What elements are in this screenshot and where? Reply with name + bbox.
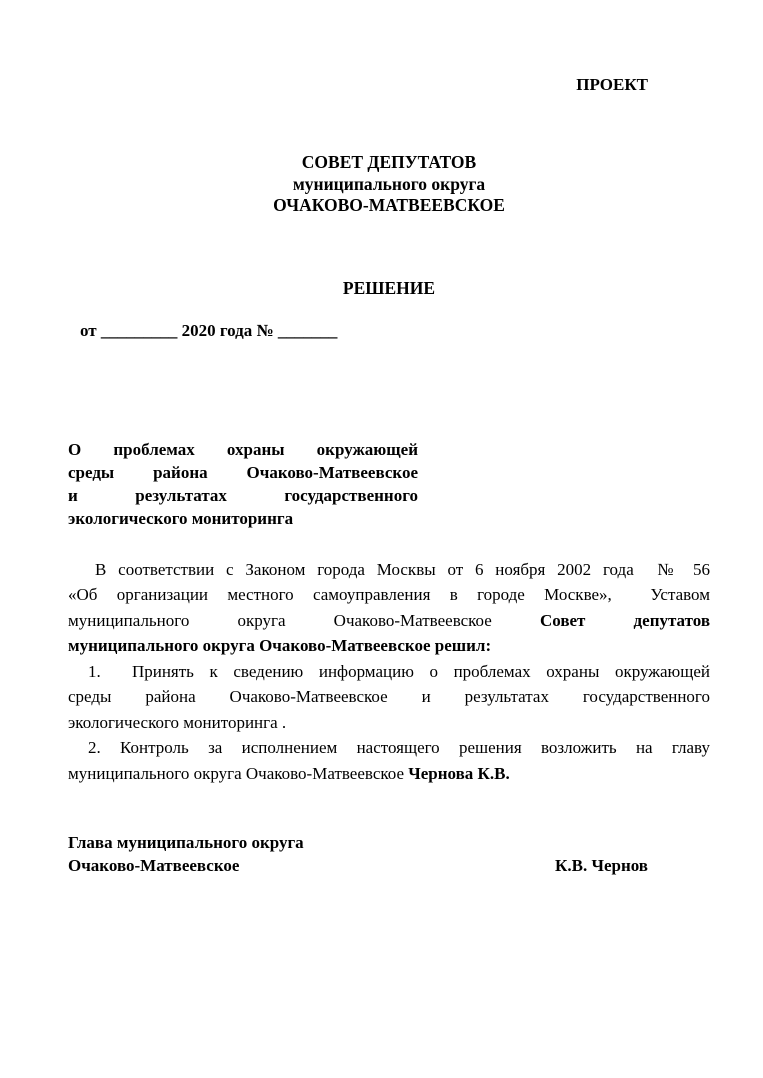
text-segment: «Об организации местного самоуправления … [68, 585, 710, 604]
text-line: среды района Очаково-Матвеевское [68, 461, 418, 484]
signature-row: Очаково-Матвеевское К.В. Чернов [68, 855, 710, 878]
bold-text-segment: Совет депутатов [540, 611, 710, 630]
text-line: В соответствии с Законом города Москвы о… [68, 557, 710, 583]
signature-block: Глава муниципального округа Очаково-Матв… [68, 832, 710, 877]
paragraph: 1. Принять к сведению информацию о пробл… [68, 659, 710, 736]
text-line: «Об организации местного самоуправления … [68, 582, 710, 608]
org-name-line1: СОВЕТ ДЕПУТАТОВ [68, 152, 710, 174]
text-segment: муниципального округа Очаково-Матвеевско… [68, 764, 408, 783]
text-segment: среды района Очаково-Матвеевское и резул… [68, 687, 710, 706]
text-line: 2. Контроль за исполнением настоящего ре… [68, 735, 710, 761]
text-line: экологического мониторинга . [68, 710, 710, 736]
text-segment: В соответствии с Законом города Москвы о… [95, 560, 710, 579]
paragraph: В соответствии с Законом города Москвы о… [68, 557, 710, 659]
bold-text-segment: экологического мониторинга [68, 509, 293, 528]
text-line: и результатах государственного [68, 484, 418, 507]
signature-name: К.В. Чернов [555, 855, 648, 878]
org-header: СОВЕТ ДЕПУТАТОВ муниципального округа ОЧ… [68, 152, 710, 217]
text-segment: муниципального округа Очаково-Матвеевско… [68, 611, 540, 630]
bold-text-segment: О проблемах охраны окружающей [68, 440, 418, 459]
org-name-line2: муниципального округа [68, 174, 710, 196]
text-line: муниципального округа Очаково-Матвеевско… [68, 608, 710, 634]
signature-title-line2: Очаково-Матвеевское [68, 855, 239, 878]
text-line: О проблемах охраны окружающей [68, 438, 418, 461]
bold-text-segment: Чернова К.В. [408, 764, 509, 783]
bold-text-segment: и результатах государственного [68, 486, 418, 505]
body-text: В соответствии с Законом города Москвы о… [68, 557, 710, 787]
signature-title-line1: Глава муниципального округа [68, 832, 710, 855]
paragraph: О проблемах охраны окружающейсреды район… [68, 438, 418, 530]
text-segment: экологического мониторинга . [68, 713, 286, 732]
bold-text-segment: муниципального округа Очаково-Матвеевско… [68, 636, 491, 655]
draft-stamp: ПРОЕКТ [576, 75, 648, 94]
bold-text-segment: среды района Очаково-Матвеевское [68, 463, 418, 482]
document-type-heading: РЕШЕНИЕ [68, 277, 710, 299]
text-line: муниципального округа Очаково-Матвеевско… [68, 761, 710, 787]
date-number-line: от _________ 2020 года № _______ [80, 320, 710, 342]
text-line: среды района Очаково-Матвеевское и резул… [68, 684, 710, 710]
text-line: экологического мониторинга [68, 507, 418, 530]
text-segment: 2. Контроль за исполнением настоящего ре… [88, 738, 710, 757]
subject-block: О проблемах охраны окружающейсреды район… [68, 438, 418, 530]
paragraph: 2. Контроль за исполнением настоящего ре… [68, 735, 710, 786]
draft-stamp-row: ПРОЕКТ [68, 74, 710, 96]
text-segment: 1. Принять к сведению информацию о пробл… [88, 662, 710, 681]
text-line: муниципального округа Очаково-Матвеевско… [68, 633, 710, 659]
text-line: 1. Принять к сведению информацию о пробл… [68, 659, 710, 685]
document-page: ПРОЕКТ СОВЕТ ДЕПУТАТОВ муниципального ок… [0, 0, 763, 1078]
org-name-line3: ОЧАКОВО-МАТВЕЕВСКОЕ [68, 195, 710, 217]
